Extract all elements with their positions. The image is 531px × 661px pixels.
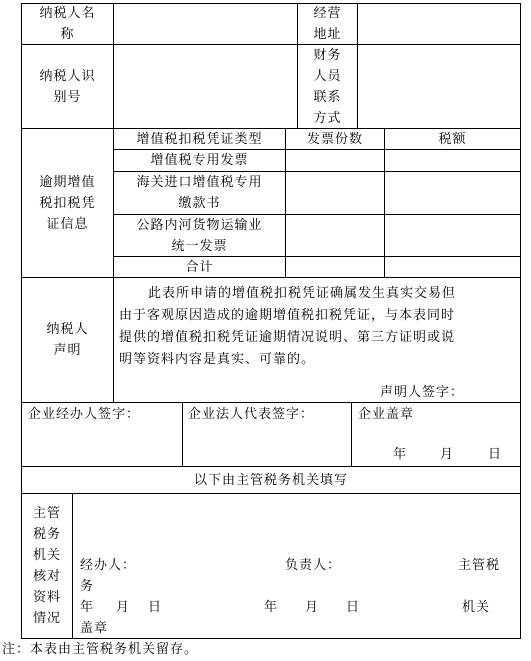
date-month-label: 月 [440, 444, 454, 465]
column-header-tax-amount: 税额 [385, 129, 520, 149]
label-line: 公路内河货物运输业 [136, 215, 262, 236]
tax-office-date-year: 年 [80, 597, 94, 618]
declaration-text-line: 此表所申请的增值税扣税凭证确属发生真实交易但 [148, 283, 456, 304]
voucher-type-customs-payment: 海关进口增值税专用 缴款书 [114, 172, 285, 214]
voucher-type-vat-special-invoice: 增值税专用发票 [114, 150, 285, 171]
footnote: 注：本表由主管税务机关留存。 [2, 639, 198, 660]
label-line: 核对 [33, 566, 61, 587]
label-line: 统一发票 [171, 236, 227, 257]
company-seal-label: 企业盖章 [358, 404, 414, 425]
column-header-voucher-type: 增值税扣税凭证类型 [114, 129, 285, 149]
tax-office-handler-label: 经办人： [80, 555, 136, 576]
label-line: 联系 [313, 87, 341, 108]
column-header-invoice-count: 发票份数 [286, 129, 384, 149]
tax-amount-field[interactable] [385, 150, 520, 171]
label-line: 缴款书 [178, 193, 220, 214]
overdue-voucher-label: 逾期增值 税扣税凭 证信息 [22, 129, 113, 277]
responsible-date-month: 月 [305, 597, 319, 618]
divider [351, 402, 352, 467]
taxpayer-id-field[interactable] [114, 45, 297, 128]
label-line: 资料 [33, 587, 61, 608]
declaration-text-line: 提供的增值税扣税凭证逾期情况说明、第三方证明或说 [119, 327, 455, 348]
label-line: 逾期增值 [39, 172, 95, 193]
date-day-label: 日 [488, 444, 502, 465]
label-line: 地址 [313, 24, 341, 45]
tax-amount-field[interactable] [385, 172, 520, 214]
label-line: 人员 [313, 66, 341, 87]
tax-amount-field[interactable] [385, 215, 520, 256]
responsible-date-day: 日 [346, 597, 360, 618]
label-line: 财务 [313, 45, 341, 66]
label-line: 方式 [313, 108, 341, 129]
tax-office-seal-label-part1: 主管税 [458, 555, 500, 576]
tax-office-seal-label-part4: 盖章 [80, 618, 108, 639]
invoice-count-field[interactable] [286, 172, 384, 214]
divider [72, 493, 73, 639]
responsible-date-year: 年 [264, 597, 278, 618]
label-line: 声明 [53, 340, 81, 361]
taxpayer-declaration-label: 纳税人 声明 [22, 278, 113, 402]
label-line: 纳税人名 [39, 3, 95, 24]
tax-office-seal-label-part2: 务 [80, 576, 94, 597]
tax-office-seal-label-part3: 机关 [462, 597, 490, 618]
tax-office-review-label: 主管 税务 机关 核对 资料 情况 [22, 494, 72, 638]
company-handler-signature-label: 企业经办人签字： [28, 404, 140, 425]
invoice-count-field[interactable] [286, 215, 384, 256]
tax-office-date-day: 日 [148, 597, 162, 618]
label-line: 证信息 [46, 214, 88, 235]
total-count-field[interactable] [286, 257, 384, 277]
declaration-text-line: 由于客观原因造成的逾期增值税扣税凭证，与本表同时 [119, 305, 455, 326]
label-line: 主管 [33, 503, 61, 524]
declaration-text-line: 明等资料内容是真实、可靠的。 [119, 349, 315, 370]
invoice-count-field[interactable] [286, 150, 384, 171]
label-line: 纳税人 [46, 319, 88, 340]
voucher-type-transport-invoice: 公路内河货物运输业 统一发票 [114, 215, 285, 256]
divider [182, 402, 183, 467]
label-line: 税扣税凭 [39, 193, 95, 214]
finance-contact-field[interactable] [358, 45, 520, 128]
tax-office-date-month: 月 [116, 597, 130, 618]
label-line: 纳税人识 [39, 66, 95, 87]
divider [21, 493, 521, 494]
label-line: 税务 [33, 524, 61, 545]
label-line: 海关进口增值税专用 [136, 172, 262, 193]
label-line: 称 [60, 24, 74, 45]
business-address-field[interactable] [358, 4, 520, 44]
declarant-signature-label: 声明人签字： [380, 382, 464, 403]
total-amount-field[interactable] [385, 257, 520, 277]
date-year-label: 年 [393, 444, 407, 465]
legal-rep-signature-label: 企业法人代表签字： [188, 404, 314, 425]
taxpayer-name-field[interactable] [114, 4, 297, 44]
label-line: 别号 [53, 87, 81, 108]
label-line: 情况 [33, 608, 61, 629]
tax-office-responsible-label: 负责人： [285, 555, 341, 576]
business-address-label: 经营 地址 [298, 4, 357, 44]
label-line: 经营 [313, 3, 341, 24]
total-row-label: 合计 [114, 257, 285, 277]
finance-contact-label: 财务 人员 联系 方式 [298, 45, 357, 128]
taxpayer-name-label: 纳税人名 称 [22, 4, 113, 44]
taxpayer-id-label: 纳税人识 别号 [22, 45, 113, 128]
tax-office-section-title: 以下由主管税务机关填写 [22, 467, 520, 493]
border-right [520, 3, 521, 639]
label-line: 机关 [33, 545, 61, 566]
